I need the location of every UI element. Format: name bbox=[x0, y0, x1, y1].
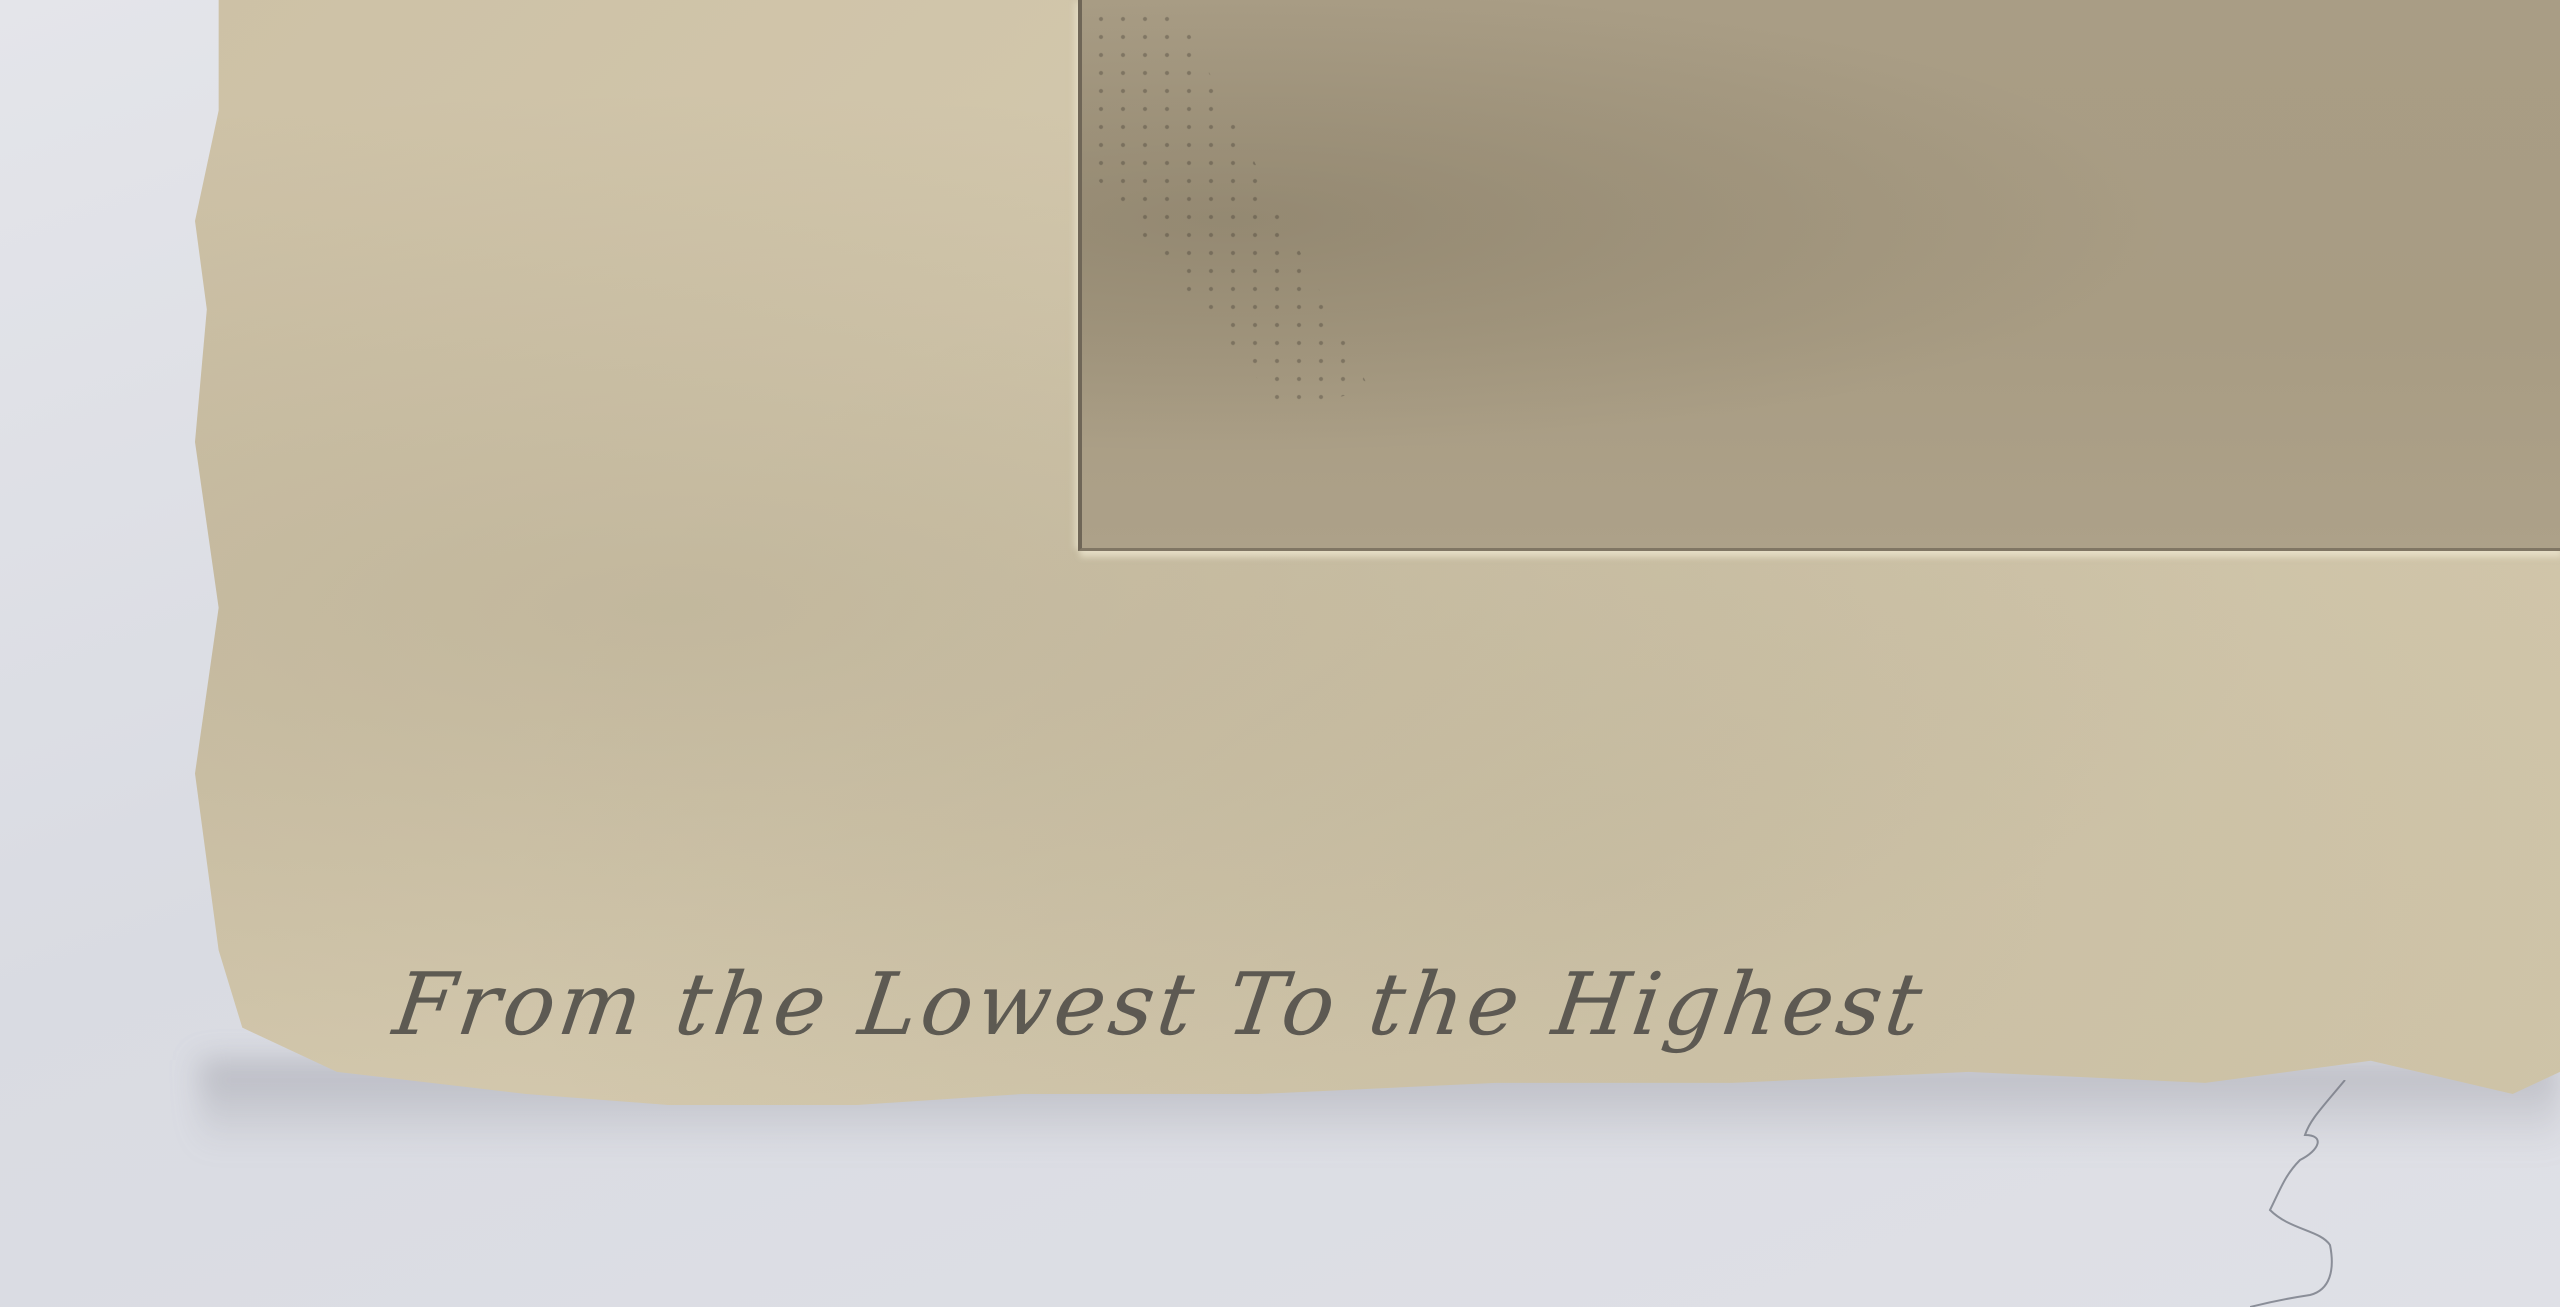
pencil-inscription: From the Lowest To the Highest bbox=[388, 955, 1932, 1055]
